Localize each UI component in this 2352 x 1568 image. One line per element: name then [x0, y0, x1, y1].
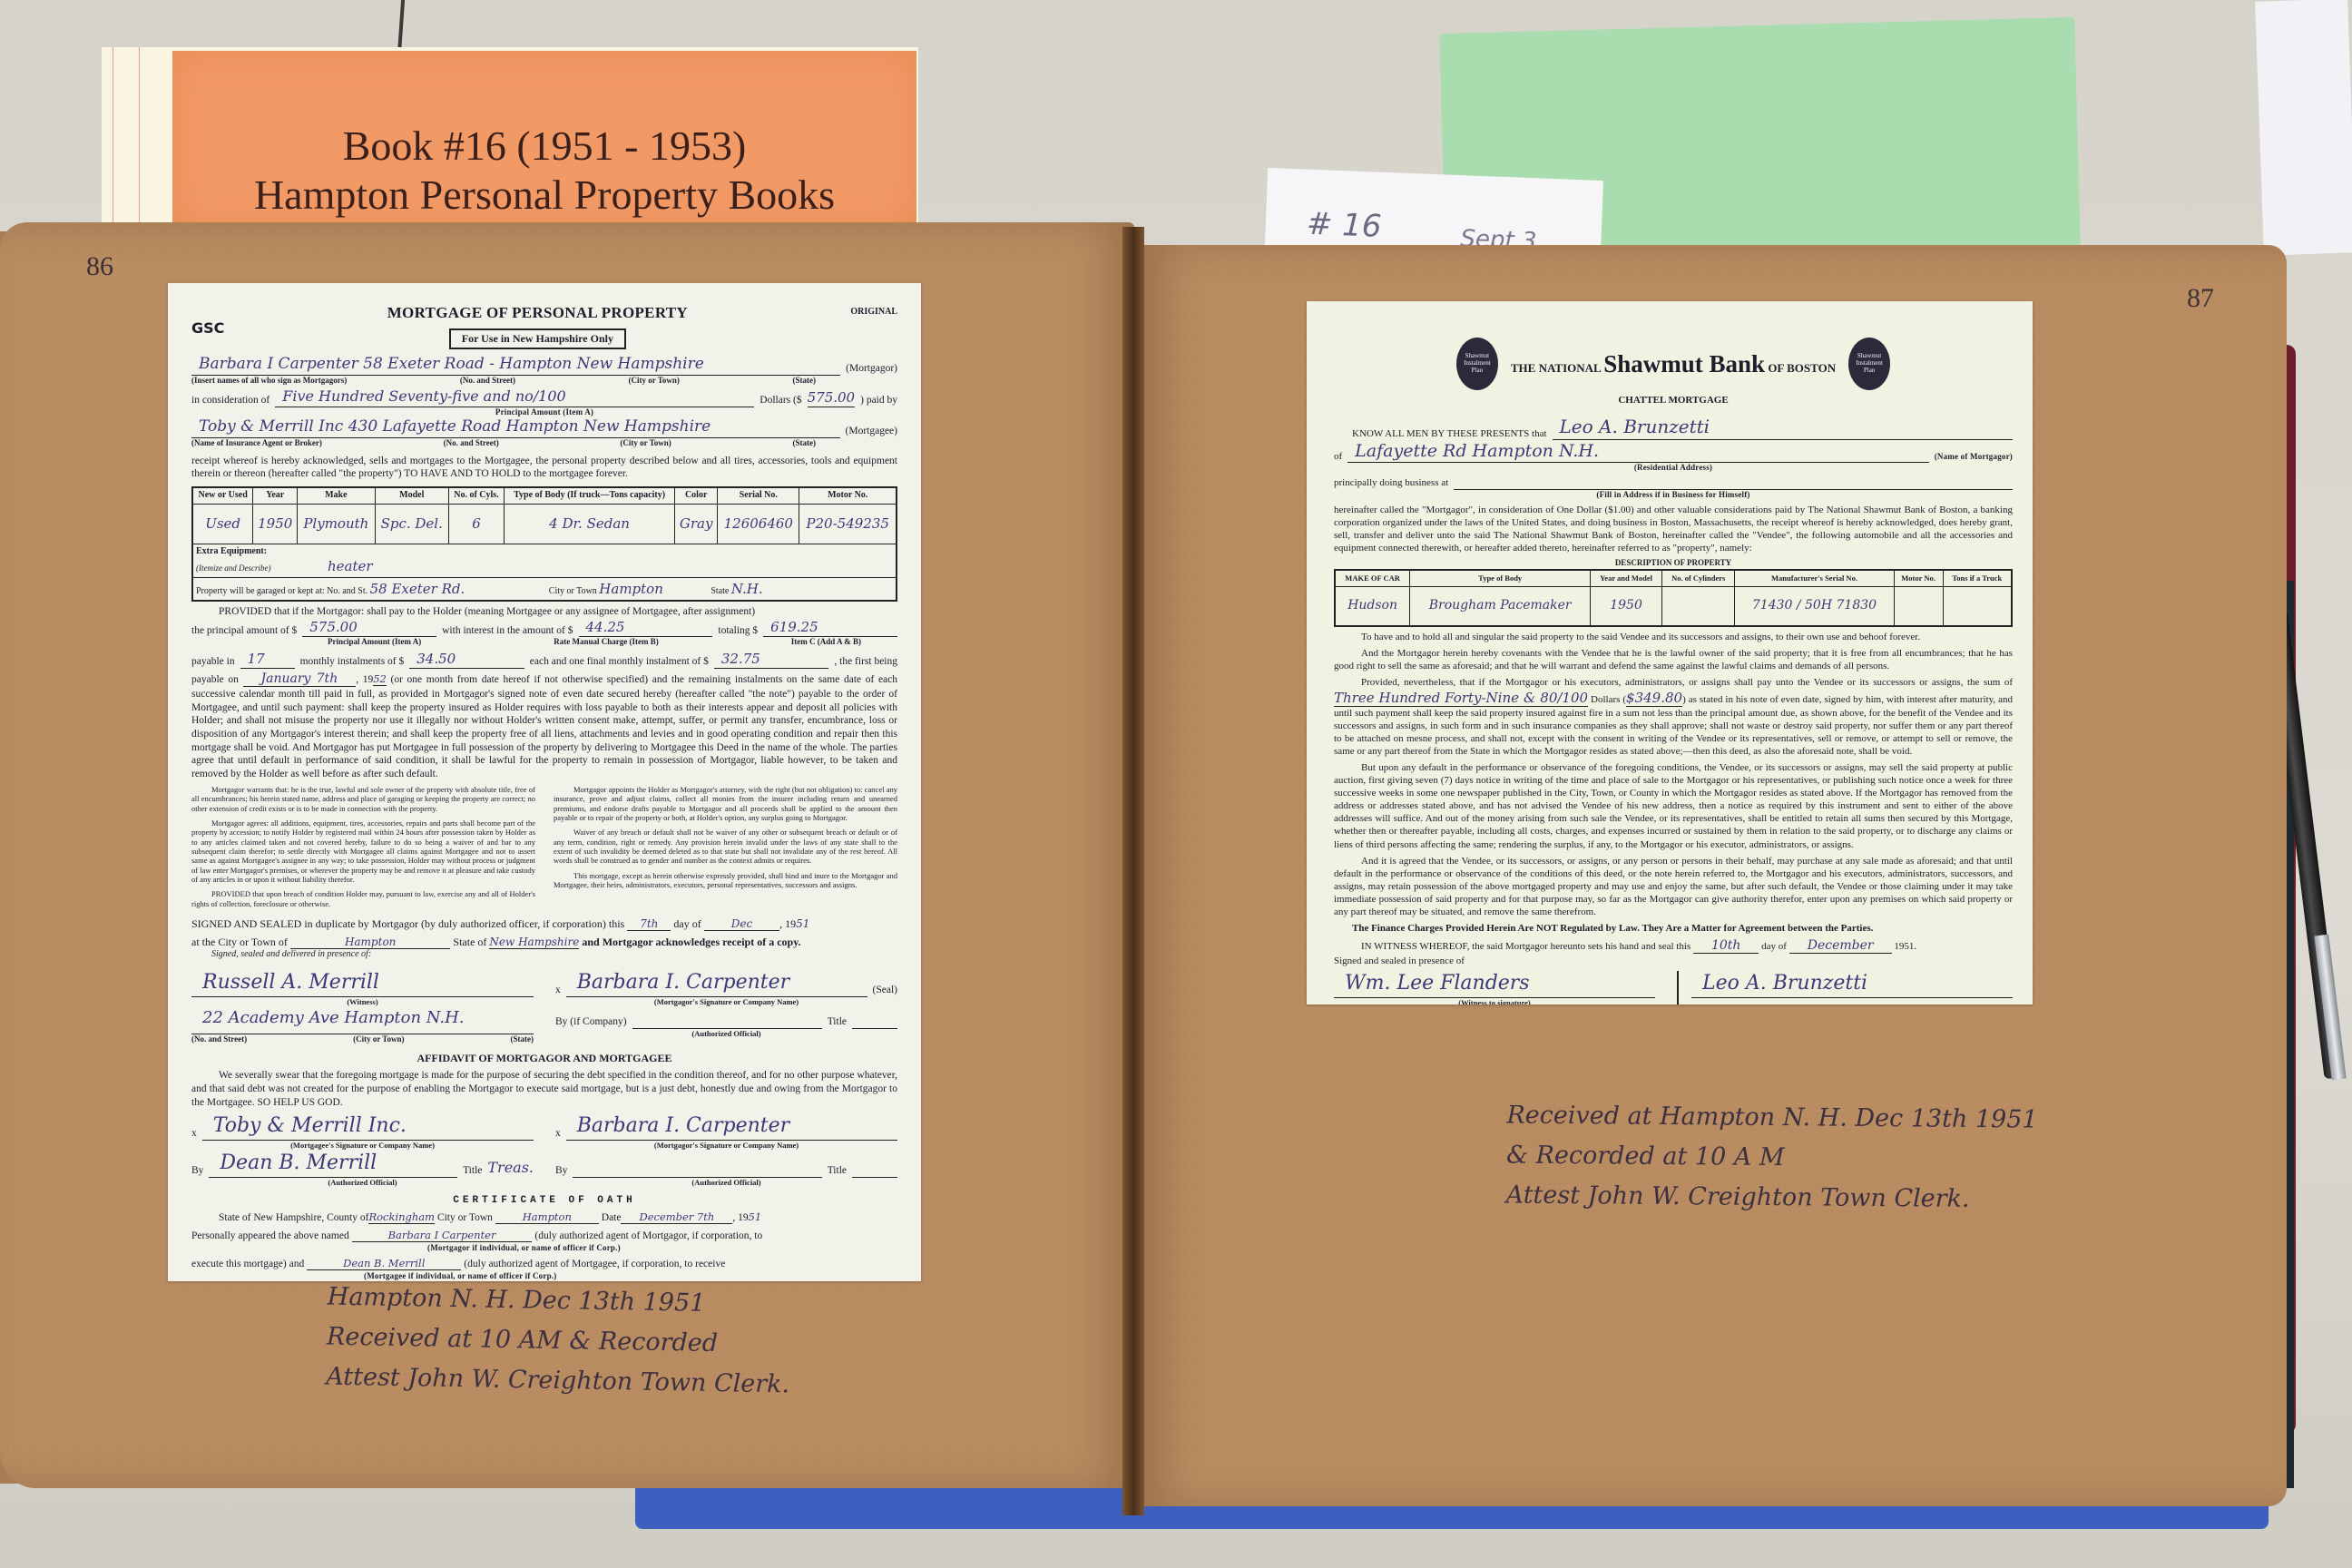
note-slip-mark: # 16	[1306, 206, 1382, 245]
first-payment-date: January 7th	[243, 671, 357, 687]
mortgagee-field: Toby & Merrill Inc 430 Lafayette Road Ha…	[191, 417, 840, 438]
table-cell: Used	[192, 504, 253, 544]
affidavit-title: AFFIDAVIT OF MORTGAGOR AND MORTGAGEE	[191, 1052, 897, 1065]
garage-state: N.H.	[731, 581, 763, 597]
column-header: MAKE OF CAR	[1335, 570, 1410, 586]
description-title: DESCRIPTION OF PROPERTY	[1334, 558, 2013, 569]
instalment-count: 17	[240, 651, 295, 669]
form-code: GSC	[191, 319, 224, 338]
finance-notice: The Finance Charges Provided Herein Are …	[1334, 922, 2013, 935]
affidavit-mortgagor-signature: Barbara I. Carpenter	[566, 1113, 897, 1141]
table-cell: 1950	[253, 504, 298, 544]
table-cell	[1661, 586, 1734, 626]
sum-words: Three Hundred Forty-Nine & 80/100	[1334, 690, 1588, 707]
column-header: Model	[375, 487, 448, 504]
state-restriction-box: For Use in New Hampshire Only	[449, 328, 626, 349]
book-gutter	[1122, 227, 1144, 1515]
witness-day: 10th	[1693, 938, 1759, 954]
oath-town: Hampton	[495, 1210, 599, 1224]
mortgage-conditions: (or one month from date hereof if not ot…	[191, 674, 897, 779]
page-number-left: 86	[86, 251, 113, 282]
column-header: Motor No.	[799, 487, 897, 504]
column-header: No. of Cyls.	[448, 487, 504, 504]
column-header: New or Used	[192, 487, 253, 504]
witness-month: December	[1789, 938, 1892, 954]
shawmut-seal-icon: ShawmutInstalmentPlan	[1456, 338, 1498, 390]
mortgagee-captions: (Name of Insurance Agent or Broker)(No. …	[191, 438, 897, 451]
table-cell: 1950	[1591, 586, 1662, 626]
table-cell: 71430 / 50H 71830	[1735, 586, 1894, 626]
copy-label: ORIGINAL	[850, 307, 897, 318]
form-title: CHATTEL MORTGAGE	[1334, 394, 2013, 407]
oath-appeared: Barbara I Carpenter	[352, 1229, 533, 1242]
column-header: Serial No.	[718, 487, 799, 504]
table-cell: P20-549235	[799, 504, 897, 544]
column-header: Year	[253, 487, 298, 504]
document-title: MORTGAGE OF PERSONAL PROPERTY	[387, 303, 688, 323]
oath-mortgagee-agent: Dean B. Merrill	[307, 1257, 461, 1270]
table-cell: 6	[448, 504, 504, 544]
column-header: Year and Model	[1591, 570, 1662, 586]
provided-clause: PROVIDED that if the Mortgagor: shall pa…	[191, 605, 897, 619]
column-header: Manufacturer's Serial No.	[1735, 570, 1894, 586]
signed-month: Dec	[704, 917, 779, 931]
garage-city: Hampton	[599, 581, 663, 597]
garage-street: 58 Exeter Rd.	[370, 581, 465, 597]
intro-clause: hereinafter called the "Mortgagor", in c…	[1334, 504, 2013, 554]
official-title: Treas.	[487, 1159, 534, 1177]
total-amount: 619.25	[763, 619, 897, 637]
table-cell: Hudson	[1335, 586, 1410, 626]
chattel-mortgage: ShawmutInstalmentPlan THE NATIONAL Shawm…	[1307, 301, 2033, 1004]
oath-county: Rockingham	[368, 1210, 435, 1224]
table-cell	[1894, 586, 1943, 626]
signed-day: 7th	[627, 917, 671, 931]
mortgagor-signature: Leo A. Brunzetti	[1691, 971, 2013, 998]
consideration-words: Five Hundred Seventy-five and no/100	[275, 387, 754, 407]
column-header: Make	[298, 487, 375, 504]
column-header: Tons if a Truck	[1943, 570, 2012, 586]
mortgagor-name: Leo A. Brunzetti	[1553, 416, 2013, 440]
interest-amount: 44.25	[579, 619, 713, 637]
bank-name: THE NATIONAL Shawmut Bank OF BOSTON	[1511, 348, 1836, 380]
final-instalment: 32.75	[714, 651, 829, 669]
sum-amount: $349.80	[1626, 690, 1682, 707]
signed-state: New Hampshire	[489, 936, 579, 949]
table-cell: 12606460	[718, 504, 799, 544]
signed-town: Hampton	[290, 936, 450, 949]
principal-amount: 575.00	[302, 619, 436, 637]
table-cell	[1943, 586, 2012, 626]
affidavit-text: We severally swear that the foregoing mo…	[191, 1069, 897, 1109]
book-label-title: Book #16 (1951 - 1953)	[172, 122, 916, 170]
table-cell: Plymouth	[298, 504, 375, 544]
mortgagee-official-signature: Dean B. Merrill	[209, 1151, 457, 1178]
vehicle-table: MAKE OF CARType of BodyYear and ModelNo.…	[1334, 569, 2013, 627]
column-header: Type of Body (If truck—Tons capacity)	[505, 487, 675, 504]
consideration-amount: 575.00	[808, 389, 856, 407]
book-label: Book #16 (1951 - 1953) Hampton Personal …	[172, 51, 916, 229]
fine-print: Mortgagor warrants that: he is the true,…	[191, 785, 897, 914]
page-number-right: 87	[2187, 283, 2214, 314]
table-cell: Spc. Del.	[375, 504, 448, 544]
mortgagor-captions: (Insert names of all who sign as Mortgag…	[191, 376, 897, 388]
column-header: Motor No.	[1894, 570, 1943, 586]
mortgagor-field: Barbara I Carpenter 58 Exeter Road - Ham…	[191, 355, 840, 376]
mortgagor-signature: Barbara I. Carpenter	[566, 970, 867, 997]
column-header: No. of Cylinders	[1661, 570, 1734, 586]
corner-paper-sheet	[2255, 0, 2352, 256]
property-table: New or UsedYearMakeModelNo. of Cyls.Type…	[191, 486, 897, 602]
column-header: Type of Body	[1410, 570, 1591, 586]
receipt-clause: receipt whereof is hereby acknowledged, …	[191, 455, 897, 481]
mortgagor-address: Lafayette Rd Hampton N.H.	[1347, 440, 1929, 463]
witness-address: 22 Academy Ave Hampton N.H.	[191, 1007, 534, 1034]
table-cell: 4 Dr. Sedan	[505, 504, 675, 544]
book-label-subtitle: Hampton Personal Property Books	[172, 171, 916, 219]
column-header: Color	[675, 487, 718, 504]
shawmut-seal-icon: ShawmutInstalmentPlan	[1848, 338, 1890, 390]
witness-signature: Wm. Lee Flanders	[1334, 971, 1655, 998]
right-recording-note: Received at Hampton N. H. Dec 13th 1951 …	[1505, 1095, 2037, 1220]
mortgagee-signature: Toby & Merrill Inc.	[202, 1113, 534, 1141]
table-cell: Brougham Pacemaker	[1410, 586, 1591, 626]
instalment-amount: 34.50	[409, 651, 524, 669]
oath-date: December 7th	[621, 1210, 732, 1224]
witness-signature: Russell A. Merrill	[191, 970, 534, 997]
personal-property-mortgage: GSC MORTGAGE OF PERSONAL PROPERTY For Us…	[168, 283, 921, 1281]
left-recording-note: Hampton N. H. Dec 13th 1951 Received at …	[326, 1278, 791, 1406]
extra-equipment: heater	[328, 558, 373, 574]
table-cell: Gray	[675, 504, 718, 544]
oath-title: CERTIFICATE OF OATH	[191, 1194, 897, 1207]
